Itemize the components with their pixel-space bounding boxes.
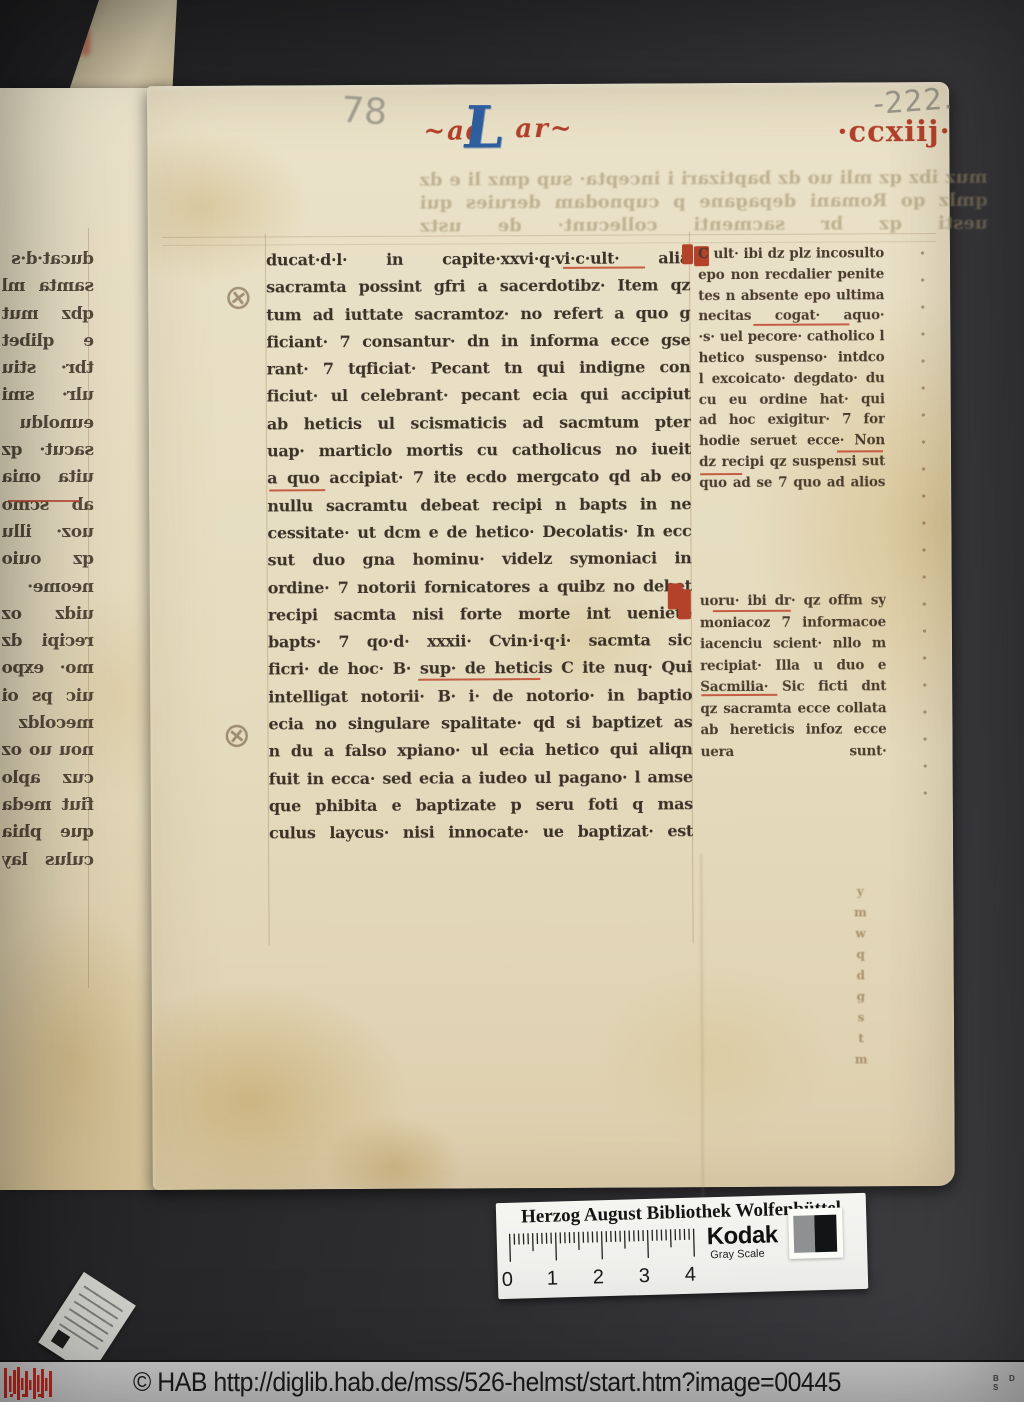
main-text-line: ficiut· ul celebrant· pecant ecia qui ac… <box>267 381 691 411</box>
mirrored-text-line: sacut· qz <box>2 437 94 464</box>
main-text-block: ducat·d·l· in capite·xxvi·q·vi·c·ult· al… <box>266 244 693 847</box>
gloss-line: quo ad se 7 quo ad alios <box>699 472 885 494</box>
gloss-line: moniacoz 7 informacoe <box>700 612 886 634</box>
mirrored-text-line: mecoldz <box>2 710 94 737</box>
red-paragraph-mark <box>678 589 691 619</box>
gloss-line: ad hoc exigitur· 7 for <box>699 410 885 432</box>
manuscript-leaf: 78 ~ad L ar~ ·ccxiij· -222. muz ibz qz m… <box>147 82 955 1190</box>
main-text-line: sut duo gna hominu· videlz symoniaci in <box>268 545 692 575</box>
gloss-line: C ult· ibi dz plz incosulto <box>698 243 884 265</box>
ruler-number: 4 <box>685 1264 697 1287</box>
mirrored-text-line: eunoldu <box>2 410 94 437</box>
main-text-line: ordine· 7 notorii fornicatores a quibz n… <box>268 572 692 602</box>
red-registration-mark <box>4 1366 54 1402</box>
mirrored-showthrough-text: ducat·d·ssamta mlqbz mute qlibettbr· sti… <box>2 246 94 874</box>
mirrored-text-line: qbz mut <box>2 301 94 328</box>
ruler-number: 3 <box>639 1265 651 1288</box>
gray-swatch <box>793 1215 815 1253</box>
gloss-line: ·s· uel pecore· catholico l <box>698 326 884 348</box>
gloss-line: uera sunt· <box>701 741 887 763</box>
margin-showthrough-column: ymwqdgstm <box>853 884 868 1104</box>
red-underline <box>8 500 80 502</box>
main-text-line: nullu sacramtu debeat recipi n bapts in … <box>267 490 691 520</box>
gloss-line: l excoicato· degdato· du <box>699 368 885 390</box>
mirrored-text-line: neome· <box>2 574 94 601</box>
marginal-gloss-upper: C ult· ibi dz plz incosultoepo non recda… <box>698 243 885 494</box>
red-underline <box>269 489 325 491</box>
mirrored-text-line: e qlibet <box>2 328 94 355</box>
running-title-flourish-right: ar~ <box>515 114 574 144</box>
mirrored-text-line: tbr· stiu <box>2 355 94 382</box>
mirrored-text-line: fiut meda <box>2 792 94 819</box>
circled-cross-mark: ⊗ <box>222 276 256 319</box>
showthrough-line: muz ibz qz mli uo dz baptizari i incepta… <box>420 166 988 192</box>
footer-strip: © HAB http://diglib.hab.de/mss/526-helms… <box>0 1360 1024 1402</box>
gray-scale-patch <box>788 1208 843 1259</box>
torn-parchment-tab <box>55 0 177 96</box>
mirrored-text-line: recipi dz <box>2 628 94 655</box>
grayscale-reference-card: Herzog August Bibliothek Wolfenbüttel 0 … <box>496 1193 869 1299</box>
gloss-line: uoru· ibi dr· qz offm sy <box>700 590 886 612</box>
gloss-line: epo non recdalier penite <box>698 264 884 286</box>
gloss-line: ab hereticis infoz ecce <box>700 719 886 741</box>
main-text-line: sacramta possint gfri a sacerdotibz· Ite… <box>266 272 690 302</box>
cm-ruler-ticks <box>501 1227 702 1267</box>
mirrored-text-line: mo· expo <box>2 655 94 682</box>
gray-scale-label: Gray Scale <box>710 1248 765 1262</box>
showthrough-header-text: muz ibz qz mli uo dz baptizari i incepta… <box>420 166 988 238</box>
gloss-line: cu eu ordine hat· qui <box>699 389 885 411</box>
main-text-line: a quo accipiat· 7 ite ecdo mergcato qd a… <box>267 463 691 493</box>
mirrored-text-line: ulr· smi <box>2 382 94 409</box>
mirrored-text-line: que phia <box>2 819 94 846</box>
showthrough-line: qmlz qo Romani depagane p cupnodam derui… <box>420 189 988 215</box>
main-text-line: rant· 7 tqficiat· Pecant tn qui indigne … <box>267 353 691 383</box>
gloss-line: recipiat· Illa u duo e <box>700 655 886 677</box>
ruler-number: 1 <box>547 1267 559 1290</box>
mirrored-text-line: nou uo oz <box>2 737 94 764</box>
main-text-line: tum ad iuttate sacramtoz· no refert a qu… <box>266 299 690 329</box>
mirrored-text-line: ducat·d·s <box>2 246 94 273</box>
main-text-line: intelligat notorii· B· i· de notorio· in… <box>268 681 692 711</box>
mirrored-text-line: uidz oz <box>2 601 94 628</box>
main-text-line: bapts· 7 qo·d· xxxii· Cvin·i·q·i· sacmta… <box>268 626 692 656</box>
pencil-foliation: -222. <box>872 81 954 121</box>
ruler-number: 2 <box>593 1266 605 1289</box>
main-text-line: ab heticis ul scismaticis ad sacmtum pte… <box>267 408 691 438</box>
mirrored-text-line: uita onia <box>2 464 94 491</box>
ruler-number: 0 <box>502 1269 514 1292</box>
mirrored-text-line: qz ouio <box>2 546 94 573</box>
left-folio-edge: ducat·d·ssamta mlqbz mute qlibettbr· sti… <box>0 88 163 1190</box>
gloss-line: iacenciu scient· nllo m <box>700 633 886 655</box>
main-text-line: culus laycus· nisi innocate· ue baptizat… <box>269 817 693 847</box>
gloss-line: Sacmilia· Sic ficti dnt <box>700 676 886 698</box>
main-text-line: ficiant· 7 consantur· dn in informa ecce… <box>266 326 690 356</box>
mirrored-text-line: uoz· illu <box>2 519 94 546</box>
main-text-line: n du a falso xpiano· ul ecia hetico qui … <box>269 736 693 766</box>
label-black-block <box>51 1329 70 1348</box>
main-text-line: que phibita e baptizate p seru foti q ma… <box>269 790 693 820</box>
circled-cross-mark: ⊗ <box>220 714 253 757</box>
main-text-line: uap· marticlo mortis cu catholicus no iu… <box>267 435 691 465</box>
main-text-line: fuit in ecca· sed ecia a iudeo ul pagano… <box>269 763 693 793</box>
main-text-line: ducat·d·l· in capite·xxvi·q·vi·c·ult· al… <box>266 244 690 274</box>
showthrough-line: uesti qz br sacmenti collecunt· de ustz <box>420 212 988 238</box>
mirrored-text-line: uic ps oi <box>2 683 94 710</box>
kodak-brand: Kodak <box>706 1221 778 1251</box>
gloss-line: tes n absente epo ultima <box>698 285 884 307</box>
red-paragraph-mark <box>682 244 693 264</box>
gloss-line: hetico suspenso· intdco <box>698 347 884 369</box>
main-text-line: recipi sacmta nisi forte morte int uenie… <box>268 599 692 629</box>
mirrored-text-line: samta ml <box>2 273 94 300</box>
edge-code-text: B D S <box>993 1374 1024 1392</box>
copyright-url-text: © HAB http://diglib.hab.de/mss/526-helms… <box>133 1367 841 1398</box>
mirrored-text-line: ab scmo <box>2 492 94 519</box>
red-underline <box>563 267 645 269</box>
pricking-holes <box>920 250 928 795</box>
digitized-manuscript-photo: ducat·d·ssamta mlqbz mute qlibettbr· sti… <box>0 0 1024 1402</box>
main-text-line: cessitate· ut dcm e de hetico· Decolatis… <box>267 517 691 547</box>
black-swatch <box>814 1215 837 1253</box>
gloss-line: dz recipi qz suspensi sut <box>699 451 885 473</box>
red-ink-smudge <box>81 28 90 56</box>
blue-initial: L <box>459 98 508 156</box>
gloss-line: hodie seruet ecce· Non <box>699 430 885 452</box>
label-text-lines <box>59 1283 125 1350</box>
mirrored-text-line: culus lay <box>2 847 94 874</box>
mirrored-text-line: cuz aplo <box>2 765 94 792</box>
main-text-line: ecia no singulare spalitate· qd si bapti… <box>268 708 692 738</box>
pencil-annotation: 78 <box>340 90 388 134</box>
marginal-gloss-lower: uoru· ibi dr· qz offm symoniacoz 7 infor… <box>700 590 887 763</box>
gloss-line: necitas cogat· aquo· iusto <box>698 306 884 328</box>
gloss-line: qz sacramta ecce collata <box>700 698 886 720</box>
